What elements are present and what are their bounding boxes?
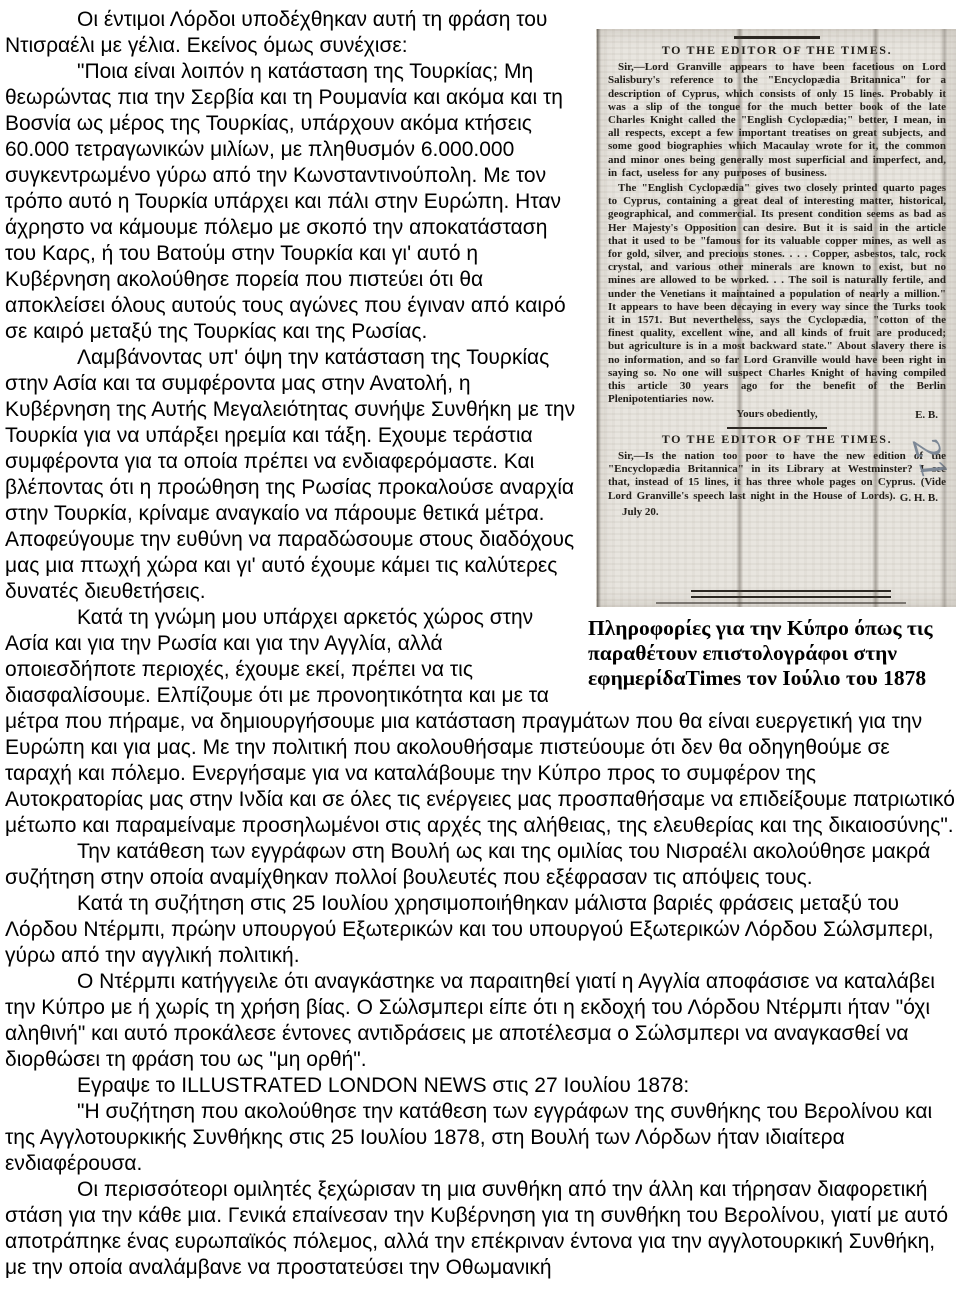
clipping-top-rule: [734, 36, 820, 39]
letter1-header: TO THE EDITOR OF THE TIMES.: [608, 44, 946, 57]
paragraph: Την κατάθεση των εγγράφων στη Βουλή ως κ…: [5, 839, 956, 891]
paragraph: Εγραψε το ILLUSTRATED LONDON NEWS στις 2…: [5, 1073, 956, 1099]
letter2-date: July 20.: [608, 506, 946, 519]
paragraph: Οι περισσότεορι ομιλητές ξεχώρισαν τη μι…: [5, 1177, 956, 1281]
paragraph: "Η συζήτηση που ακολούθησε την κατάθεση …: [5, 1099, 956, 1177]
letter2-header: TO THE EDITOR OF THE TIMES.: [608, 433, 946, 446]
newspaper-clipping: TO THE EDITOR OF THE TIMES. Sir,—Lord Gr…: [596, 29, 956, 607]
letter1-paragraph-1: Sir,—Lord Granville appears to have been…: [608, 61, 946, 180]
paragraph: Ο Ντέρμπι κατήγγειλε ότι αναγκάστηκε να …: [5, 969, 956, 1073]
scan-crease: [597, 29, 601, 607]
clipping-divider-rule: [727, 427, 827, 429]
figure-caption: Πληροφορίες για την Κύπρο όπως τις παραθ…: [588, 616, 956, 691]
clipping-bottom-rule: [656, 602, 906, 604]
figure-block: TO THE EDITOR OF THE TIMES. Sir,—Lord Gr…: [588, 29, 956, 691]
clipping-bottom-double-rule: [691, 590, 891, 598]
letter1-paragraph-2: The "English Cyclopædia" gives two close…: [608, 182, 946, 406]
document-page: TO THE EDITOR OF THE TIMES. Sir,—Lord Gr…: [0, 0, 960, 1314]
handwritten-page-number: 21: [916, 437, 941, 482]
letter2-paragraph-1: Sir,—Is the nation too poor to have the …: [608, 450, 946, 503]
paragraph: Κατά τη συζήτηση στις 25 Ιουλίου χρησιμο…: [5, 891, 956, 969]
